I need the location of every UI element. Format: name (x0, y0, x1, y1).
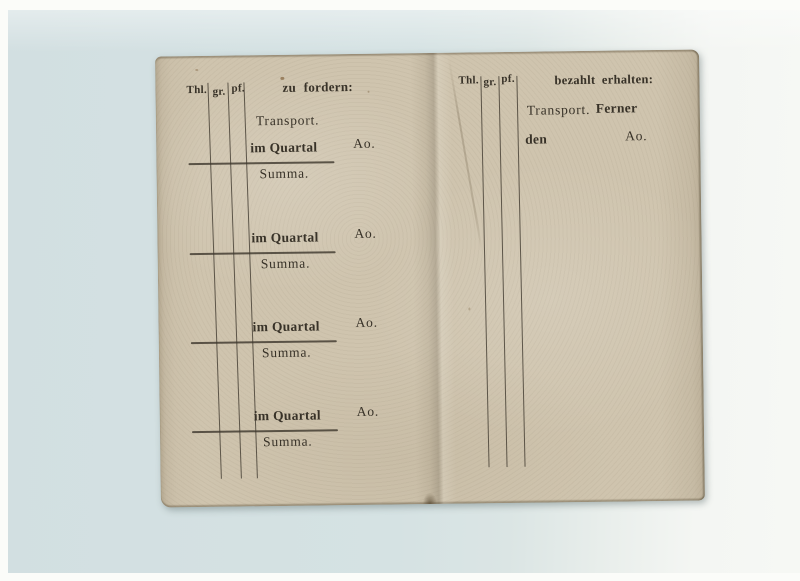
right-transport-label: Transport. (527, 103, 591, 117)
den-label: den (525, 132, 547, 146)
right-anno-label: Ao. (625, 129, 647, 143)
ledger-booklet: Thl. gr. pf. zu fordern: Transport. im Q… (155, 49, 705, 507)
scanned-ledger-view: Thl. gr. pf. zu fordern: Transport. im Q… (0, 0, 800, 581)
right-page-column-rules (155, 49, 708, 507)
column-rule (498, 76, 508, 467)
column-rule (480, 76, 490, 467)
ferner-label: Ferner (596, 101, 638, 115)
